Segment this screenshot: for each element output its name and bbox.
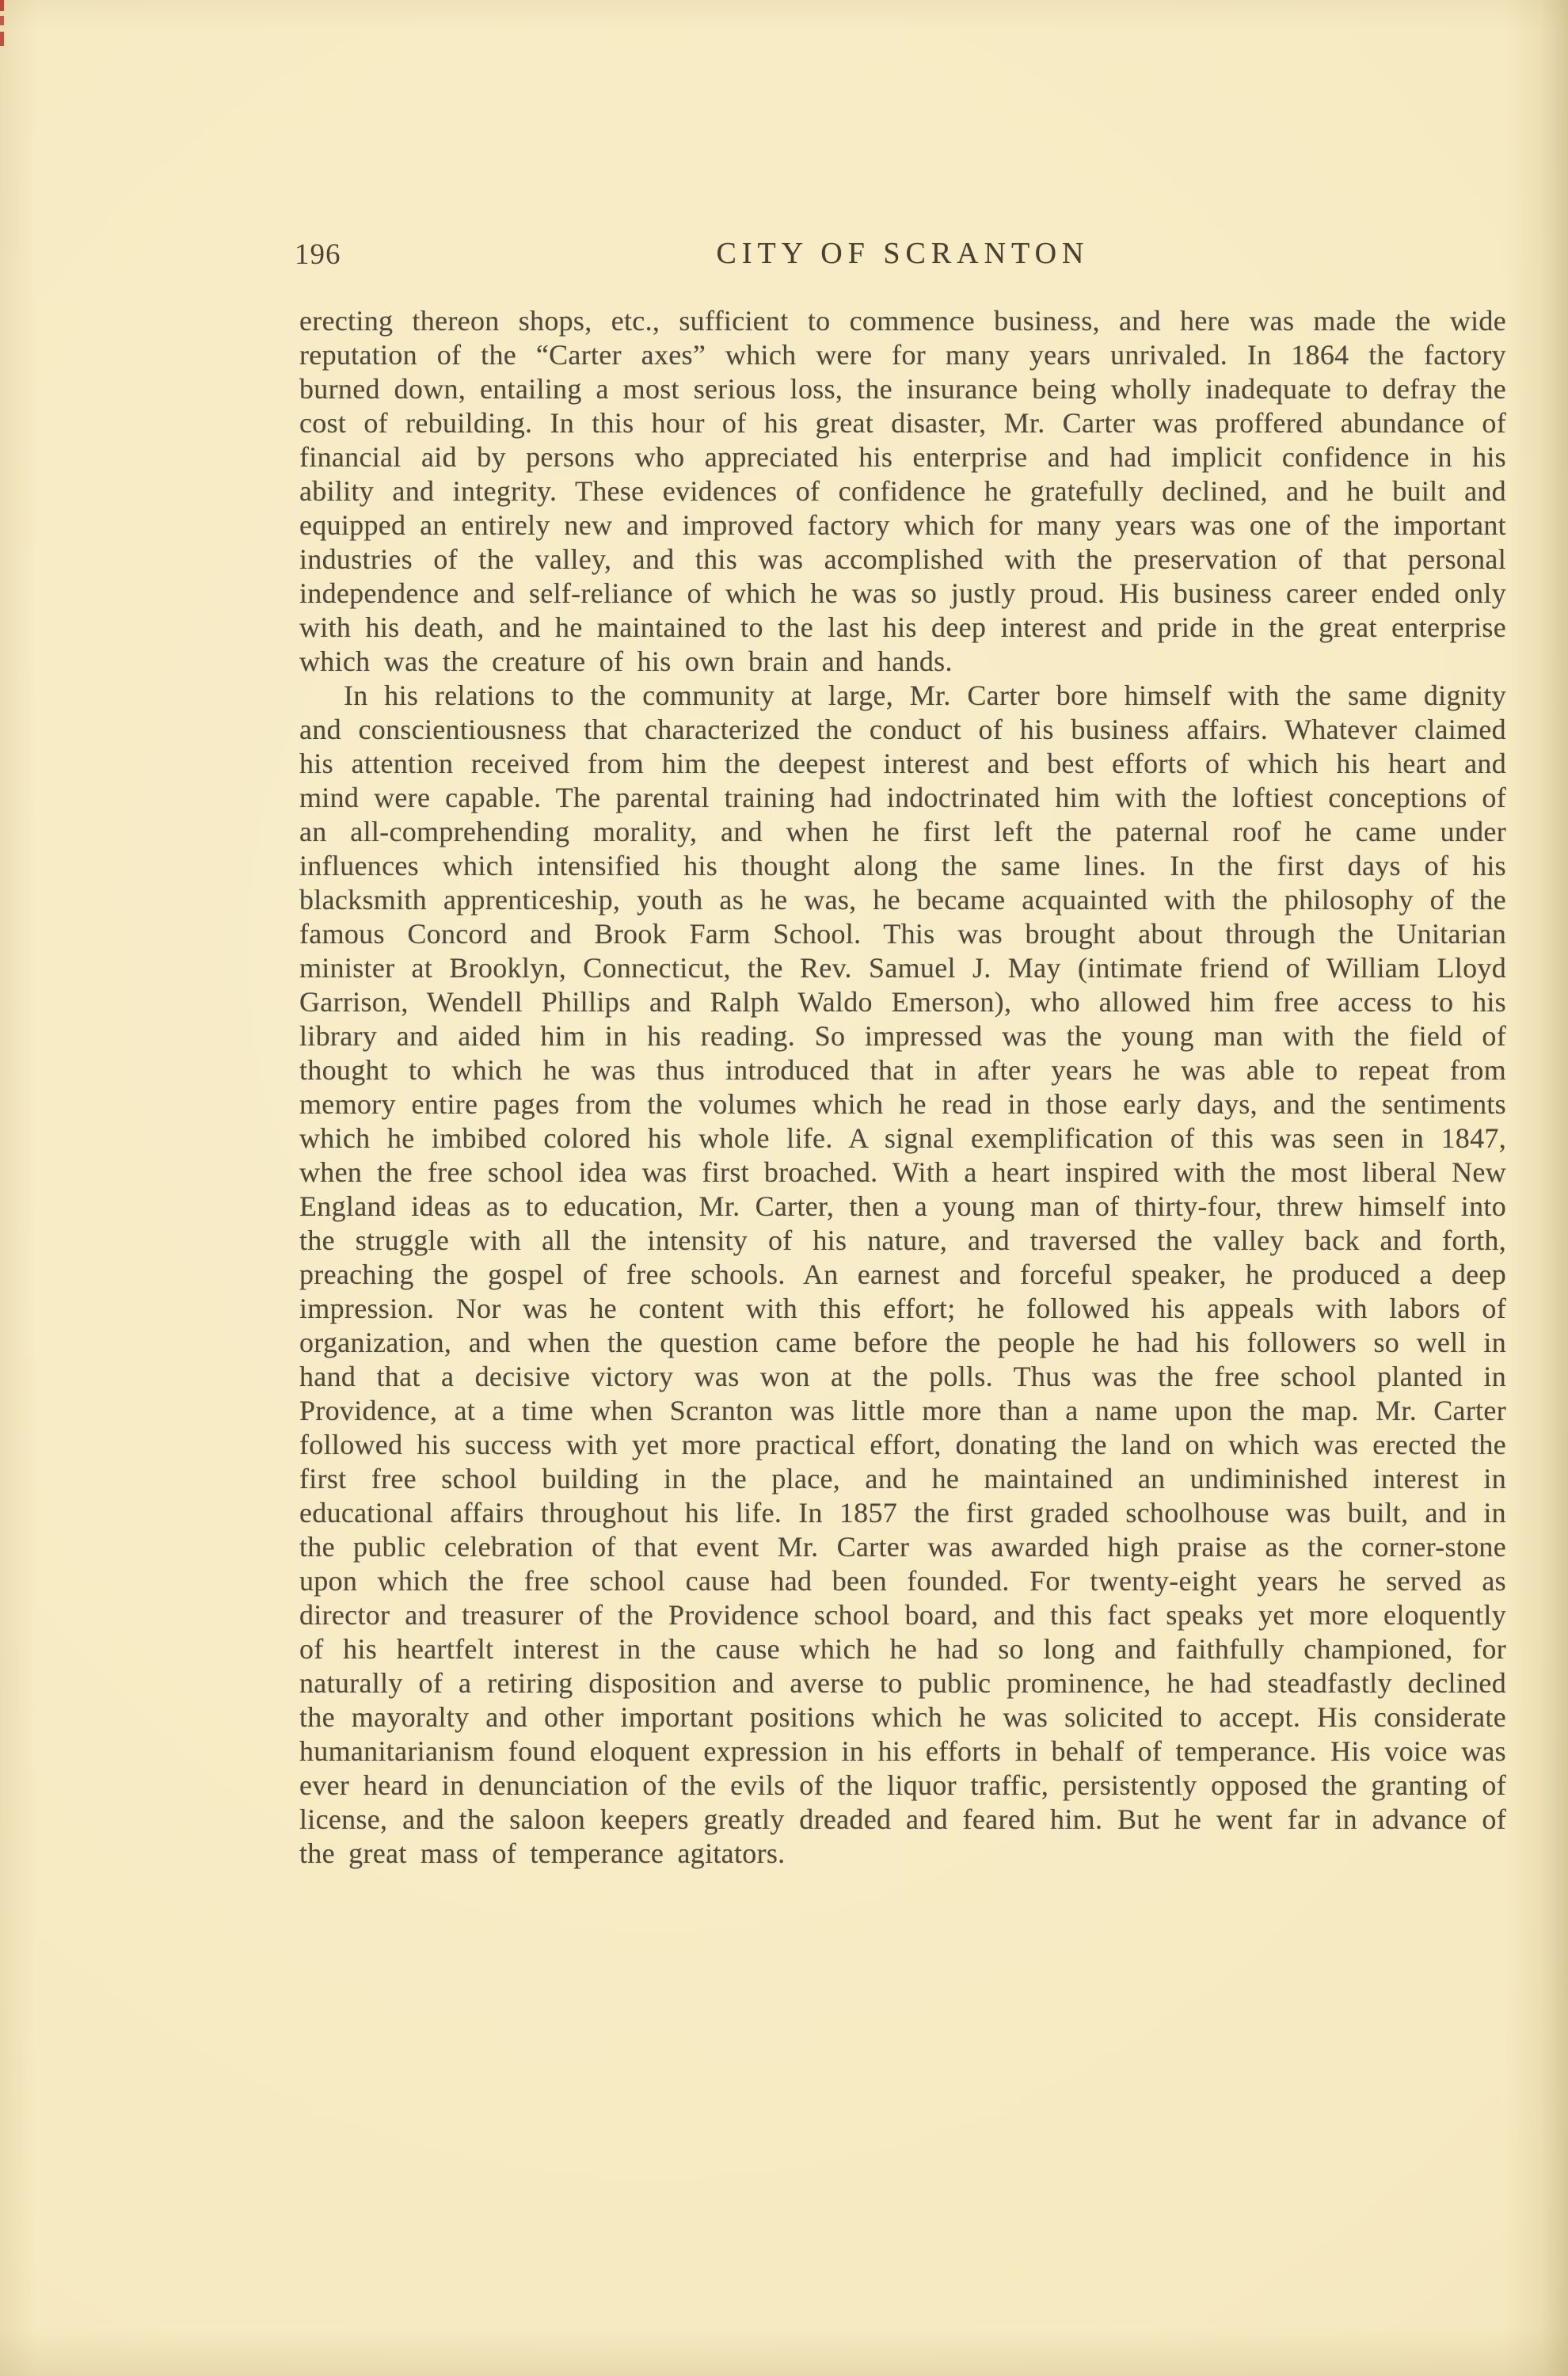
running-header-title: CITY OF SCRANTON bbox=[299, 236, 1506, 271]
page-edge-red-mark bbox=[0, 0, 4, 52]
page-number: 196 bbox=[295, 238, 341, 272]
paragraph: In his relations to the community at lar… bbox=[299, 679, 1506, 1871]
body-text: erecting thereon shops, etc., sufficient… bbox=[299, 304, 1506, 1871]
book-page: 196 CITY OF SCRANTON erecting thereon sh… bbox=[0, 0, 1568, 2376]
paragraph-continuation: erecting thereon shops, etc., sufficient… bbox=[299, 304, 1506, 679]
page-header-row: 196 CITY OF SCRANTON bbox=[299, 236, 1506, 274]
